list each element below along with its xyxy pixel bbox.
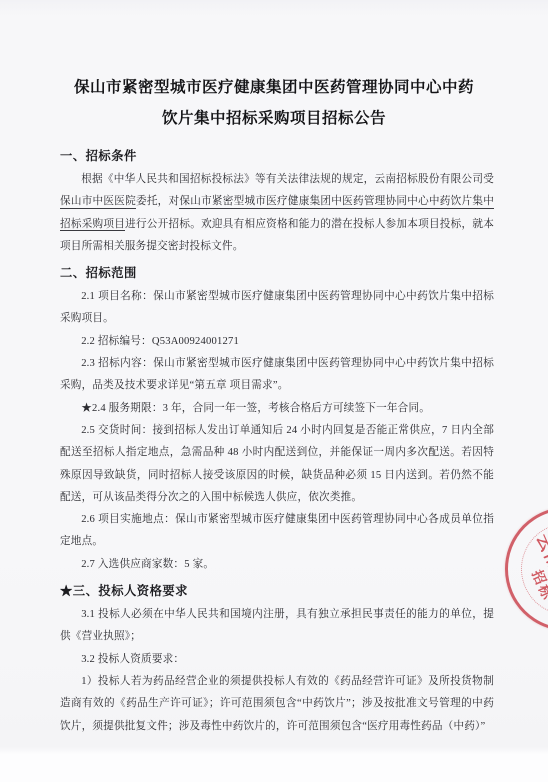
document-body: 一、招标条件 根据《中华人民共和国招标投标法》等有关法律法规的规定，云南招标股份… — [60, 145, 494, 738]
item-2-7-supplier-count: 2.7 入选供应商家数：5 家。 — [60, 554, 494, 576]
item-3-1-registration-requirement: 3.1 投标人必须在中华人民共和国境内注册，具有独立承担民事责任的能力的单位，提… — [60, 604, 494, 649]
intro-text-1: 根据《中华人民共和国招标投标法》等有关法律法规的规定，云南招标股份有限公司受 — [81, 174, 494, 185]
item-2-5-delivery-time: 2.5 交货时间：接到招标人发出订单通知后 24 小时内回复是否能正常供应，7 … — [60, 420, 494, 509]
section-1-intro-paragraph: 根据《中华人民共和国招标投标法》等有关法律法规的规定，云南招标股份有限公司受保山… — [60, 169, 494, 258]
item-2-6-implementation-location: 2.6 项目实施地点：保山市紧密型城市医疗健康集团中医药管理协同中心各成员单位指… — [60, 509, 494, 554]
title-line-2: 饮片集中招标采购项目招标公告 — [59, 103, 489, 134]
document-title: 保山市紧密型城市医疗健康集团中医药管理协同中心中药 饮片集中招标采购项目招标公告 — [59, 72, 489, 134]
intro-text-3: 进行公开招标。欢迎具有相应资格和能力的潜在投标人参加本项目投标，就本项目所需相关… — [60, 219, 494, 252]
item-2-2-tender-number: 2.2 招标编号：Q53A00924001271 — [60, 331, 494, 353]
section-1-heading: 一、招标条件 — [60, 145, 494, 168]
official-seal-stamp: 云南 招标 — [493, 495, 548, 642]
item-3-2-sub-1-license-requirement: 1）投标人若为药品经营企业的须提供投标人有效的《药品经营许可证》及所投货物制造商… — [60, 671, 494, 738]
title-line-1: 保山市紧密型城市医疗健康集团中医药管理协同中心中药 — [59, 72, 489, 103]
item-3-2-qualification-requirement: 3.2 投标人资质要求： — [60, 649, 494, 671]
seal-text-2: 招标 — [527, 567, 548, 604]
scanned-document-page: 保山市紧密型城市医疗健康集团中医药管理协同中心中药 饮片集中招标采购项目招标公告… — [0, 0, 548, 782]
entrusting-hospital-name: 保山市中医医院 — [60, 196, 136, 209]
section-3-heading: ★三、投标人资格要求 — [60, 580, 494, 603]
seal-text-1: 云南 — [532, 529, 548, 574]
item-2-1-project-name: 2.1 项目名称：保山市紧密型城市医疗健康集团中医药管理协同中心中药饮片集中招标… — [60, 286, 494, 331]
item-2-4-service-term: ★2.4 服务期限：3 年，合同一年一签，考核合格后方可续签下一年合同。 — [60, 398, 494, 420]
section-2-heading: 二、招标范围 — [60, 262, 494, 285]
item-2-3-tender-content: 2.3 招标内容：保山市紧密型城市医疗健康集团中医药管理协同中心中药饮片集中招标… — [60, 353, 494, 398]
intro-text-2: 委托，对 — [136, 196, 179, 207]
